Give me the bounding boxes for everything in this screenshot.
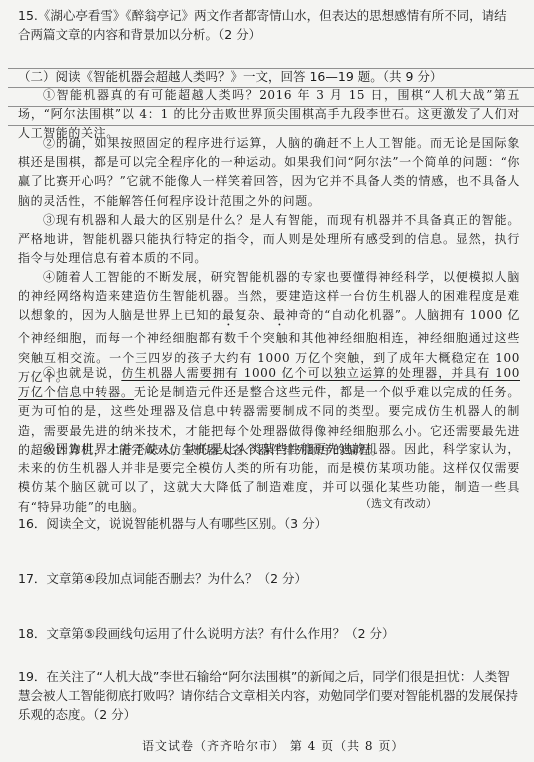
exam-page: 15.《湖心亭看雪》《醉翁亭记》两文作者都寄情山水，但表达的思想感情有所不同，请…	[0, 0, 534, 762]
question-19: 19．在关注了“人机大战”李世石输给“阿尔法围棋”的新闻之后，同学们很是担忧：人…	[18, 667, 518, 724]
source-credit: （选文有改动）	[360, 495, 437, 511]
question-15: 15.《湖心亭看雪》《醉翁亭记》两文作者都寄情山水，但表达的思想感情有所不同，请…	[18, 6, 518, 44]
paragraph-3: ③现有机器和人最大的区别是什么？是人有智能，而现有机器并不具备真正的智能。严格地…	[18, 211, 520, 269]
dotted-word: 最	[222, 308, 235, 322]
section-title: （二）阅读《智能机器会超越人类吗？》一文，回答 16—19 题。（共 9 分）	[18, 67, 442, 86]
paragraph-6: ⑥因为世界上并不缺人，缺的是比人类某些性能更先进的机器。因此，科学家认为，未来的…	[18, 440, 520, 517]
question-16: 16．阅读全文，说说智能机器与人有哪些区别。（3 分）	[18, 514, 518, 533]
paragraph-5-text-a: ⑤也就是说，	[43, 366, 121, 380]
paragraph-4-text-b: 复杂、	[235, 308, 273, 322]
page-footer: 语文试卷（齐齐哈尔市） 第 4 页（共 8 页）	[142, 737, 404, 754]
dotted-word: 最	[273, 308, 286, 322]
paragraph-2: ②的确，如果按照固定的程序进行运算，人脑的确赶不上人工智能。而无论是国际象棋还是…	[18, 134, 520, 211]
question-17: 17．文章第④段加点词能否删去？为什么？（2 分）	[18, 569, 518, 588]
question-18: 18．文章第⑤段画线句运用了什么说明方法？有什么作用？（2 分）	[18, 624, 518, 643]
